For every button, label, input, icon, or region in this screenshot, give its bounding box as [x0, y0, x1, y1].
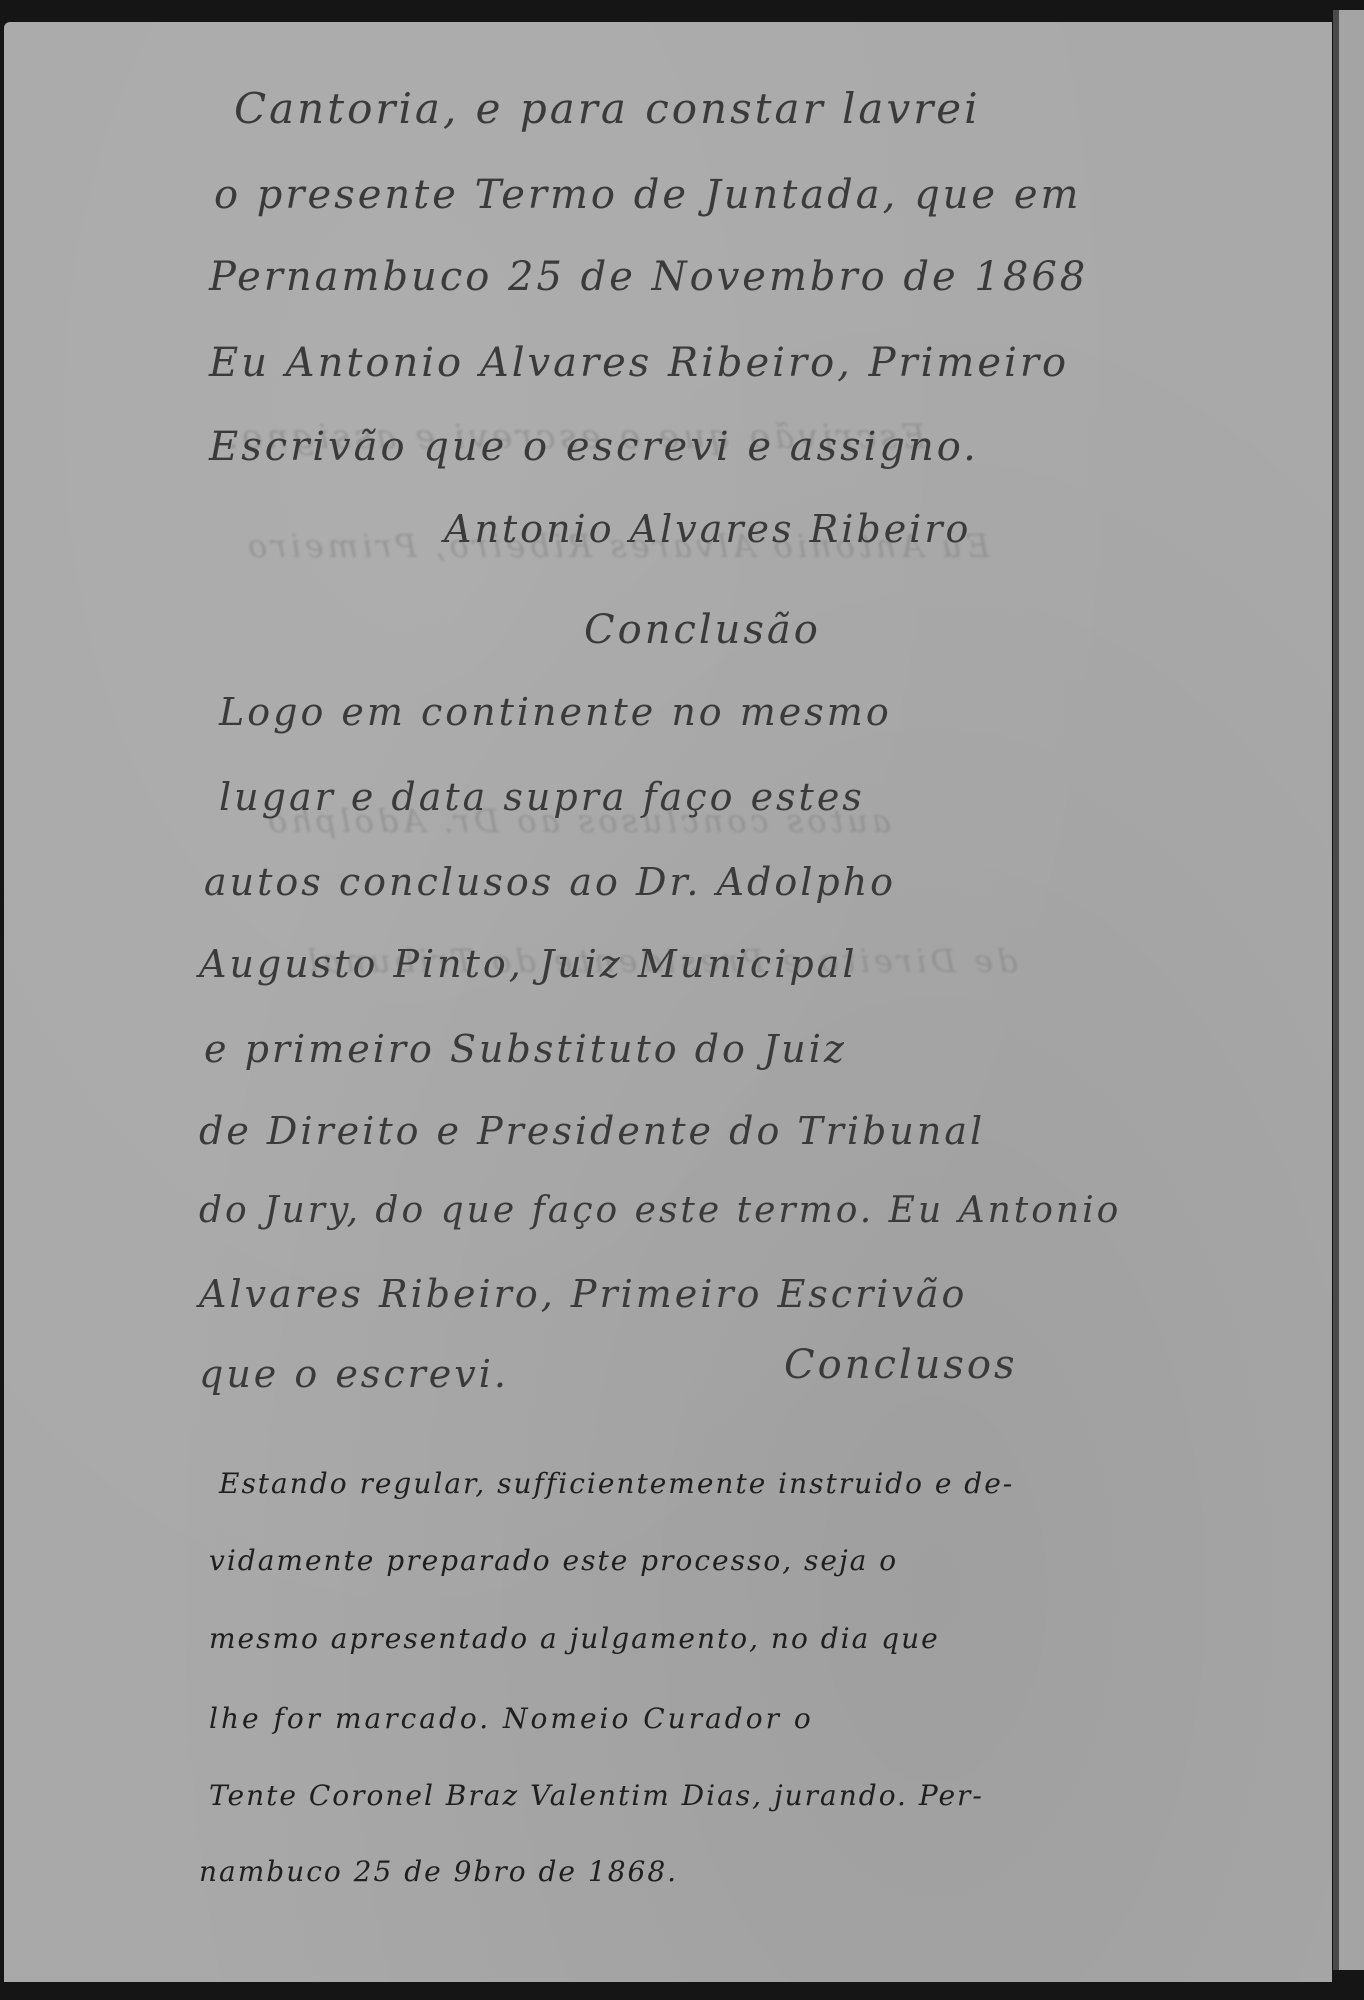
manuscript-line: Logo em continente no mesmo — [219, 690, 892, 734]
manuscript-line: lugar e data supra faço estes — [219, 775, 865, 819]
heading-conclusao: Conclusão — [584, 607, 821, 653]
manuscript-line: lhe for marcado. Nomeio Curador o — [209, 1702, 814, 1735]
closing-conclusos: Conclusos — [784, 1342, 1018, 1388]
manuscript-line: Alvares Ribeiro, Primeiro Escrivão — [199, 1272, 967, 1316]
signature-ribeiro: Antonio Alvares Ribeiro — [444, 507, 971, 551]
adjacent-page-edge — [1339, 10, 1364, 1970]
manuscript-line: Tente Coronel Braz Valentim Dias, jurand… — [209, 1779, 984, 1812]
manuscript-line: mesmo apresentado a julgamento, no dia q… — [209, 1622, 940, 1655]
manuscript-line: que o escrevi. — [199, 1352, 509, 1396]
manuscript-line: Pernambuco 25 de Novembro de 1868 — [209, 254, 1088, 300]
manuscript-page: Escrivão que o escrevi e assigno. Eu Ant… — [4, 22, 1332, 1982]
manuscript-line: o presente Termo de Juntada, que em — [214, 172, 1081, 218]
manuscript-line: nambuco 25 de 9bro de 1868. — [199, 1855, 678, 1888]
manuscript-line: e primeiro Substituto do Juiz — [204, 1027, 847, 1071]
manuscript-line: Escrivão que o escrevi e assigno. — [209, 424, 979, 470]
manuscript-line: do Jury, do que faço este termo. Eu Anto… — [199, 1190, 1121, 1231]
manuscript-line: Eu Antonio Alvares Ribeiro, Primeiro — [209, 340, 1069, 386]
manuscript-line: Augusto Pinto, Juiz Municipal — [199, 942, 857, 986]
manuscript-line: vidamente preparado este processo, seja … — [209, 1544, 898, 1577]
manuscript-line: Cantoria, e para constar lavrei — [234, 84, 981, 133]
manuscript-line: de Direito e Presidente do Tribunal — [199, 1109, 985, 1153]
scan-frame: Escrivão que o escrevi e assigno. Eu Ant… — [0, 0, 1364, 2000]
manuscript-line: autos conclusos ao Dr. Adolpho — [204, 860, 896, 904]
manuscript-line: Estando regular, sufficientemente instru… — [219, 1467, 1014, 1500]
